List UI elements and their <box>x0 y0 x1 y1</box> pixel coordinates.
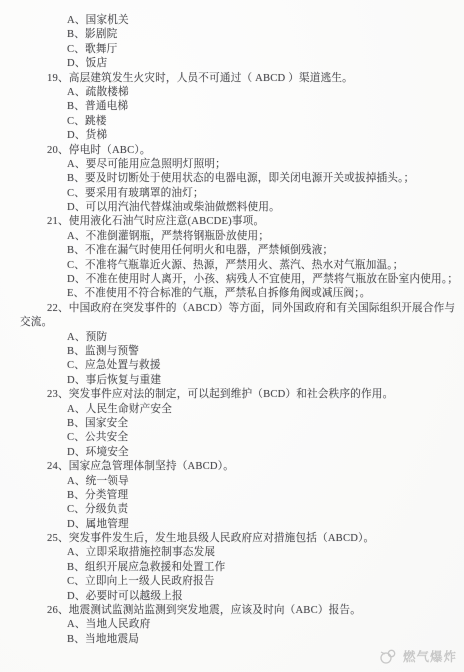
option-line: C、立即向上一级人民政府报告 <box>0 575 464 589</box>
watermark-text: 燃气爆炸 <box>403 647 457 665</box>
option-line: B、分类管理 <box>0 489 464 503</box>
option-line: A、当地人民政府 <box>0 618 464 632</box>
option-line: C、应急处置与救援 <box>0 359 464 373</box>
question-continuation-line: 交流。 <box>0 316 464 330</box>
option-line: B、普通电梯 <box>0 100 464 114</box>
option-line: C、歌舞厅 <box>0 43 464 57</box>
option-line: A、统一领导 <box>0 475 464 489</box>
question-line: 22、中国政府在突发事件的（ABCD）等方面，同外国政府和有关国际组织开展合作与 <box>0 302 464 316</box>
option-line: A、立即采取措施控制事态发展 <box>0 546 464 560</box>
option-line: A、国家机关 <box>0 14 464 28</box>
question-line: 23、突发事件应对法的制定，可以起到维护（BCD）和社会秩序的作用。 <box>0 388 464 402</box>
option-line: D、必要时可以越级上报 <box>0 590 464 604</box>
option-line: D、环境安全 <box>0 446 464 460</box>
document-page: A、国家机关B、影剧院C、歌舞厅D、饭店19、高层建筑发生火灾时，人员不可通过（… <box>0 0 464 672</box>
watermark: 燃气爆炸 <box>378 647 457 665</box>
option-line: D、货梯 <box>0 129 464 143</box>
option-line: B、影剧院 <box>0 28 464 42</box>
watermark-logo-icon <box>378 648 399 664</box>
question-list: A、国家机关B、影剧院C、歌舞厅D、饭店19、高层建筑发生火灾时，人员不可通过（… <box>0 14 464 647</box>
option-line: A、疏散楼梯 <box>0 86 464 100</box>
option-line: A、要尽可能用应急照明灯照明； <box>0 158 464 172</box>
question-line: 25、突发事件发生后，发生地县级人民政府应对措施包括（ABCD）。 <box>0 532 464 546</box>
question-line: 26、地震测试监测站监测到突发地震，应该及时向（ABC）报告。 <box>0 604 464 618</box>
option-line: D、属地管理 <box>0 518 464 532</box>
option-line: C、要采用有玻璃罩的油灯； <box>0 187 464 201</box>
option-line: B、组织开展应急救援和处置工作 <box>0 561 464 575</box>
option-line: D、事后恢复与重建 <box>0 374 464 388</box>
option-line: A、预防 <box>0 331 464 345</box>
question-line: 19、高层建筑发生火灾时，人员不可通过（ ABCD ）渠道逃生。 <box>0 72 464 86</box>
option-line: C、不准将气瓶靠近火源、热源，严禁用火、蒸汽、热水对气瓶加温。； <box>0 259 464 273</box>
option-line: E、不准使用不符合标准的气瓶，严禁私自拆修角阀或减压阀；。 <box>0 287 464 301</box>
option-line: B、国家安全 <box>0 417 464 431</box>
option-line: A、不准倒灌钢瓶，严禁将钢瓶卧放使用； <box>0 230 464 244</box>
option-line: B、要及时切断处于使用状态的电器电源，即关闭电源开关或拔掉插头。； <box>0 172 464 186</box>
option-line: C、跳楼 <box>0 115 464 129</box>
option-line: C、分级负责 <box>0 503 464 517</box>
option-line: B、当地地震局 <box>0 633 464 647</box>
option-line: D、饭店 <box>0 57 464 71</box>
question-line: 21、使用液化石油气时应注意(ABCDE)事项。 <box>0 215 464 229</box>
option-line: D、可以用汽油代替煤油或柴油做燃料使用。 <box>0 201 464 215</box>
option-line: B、不准在漏气时使用任何明火和电器，严禁倾倒残液； <box>0 244 464 258</box>
option-line: B、监测与预警 <box>0 345 464 359</box>
question-line: 20、停电时（ABC）。 <box>0 144 464 158</box>
question-line: 24、国家应急管理体制坚持（ABCD）。 <box>0 460 464 474</box>
option-line: A、人民生命财产安全 <box>0 403 464 417</box>
option-line: D、不准在使用时人离开，小孩、病残人不宜使用，严禁将气瓶放在卧室内使用。； <box>0 273 464 287</box>
option-line: C、公共安全 <box>0 431 464 445</box>
